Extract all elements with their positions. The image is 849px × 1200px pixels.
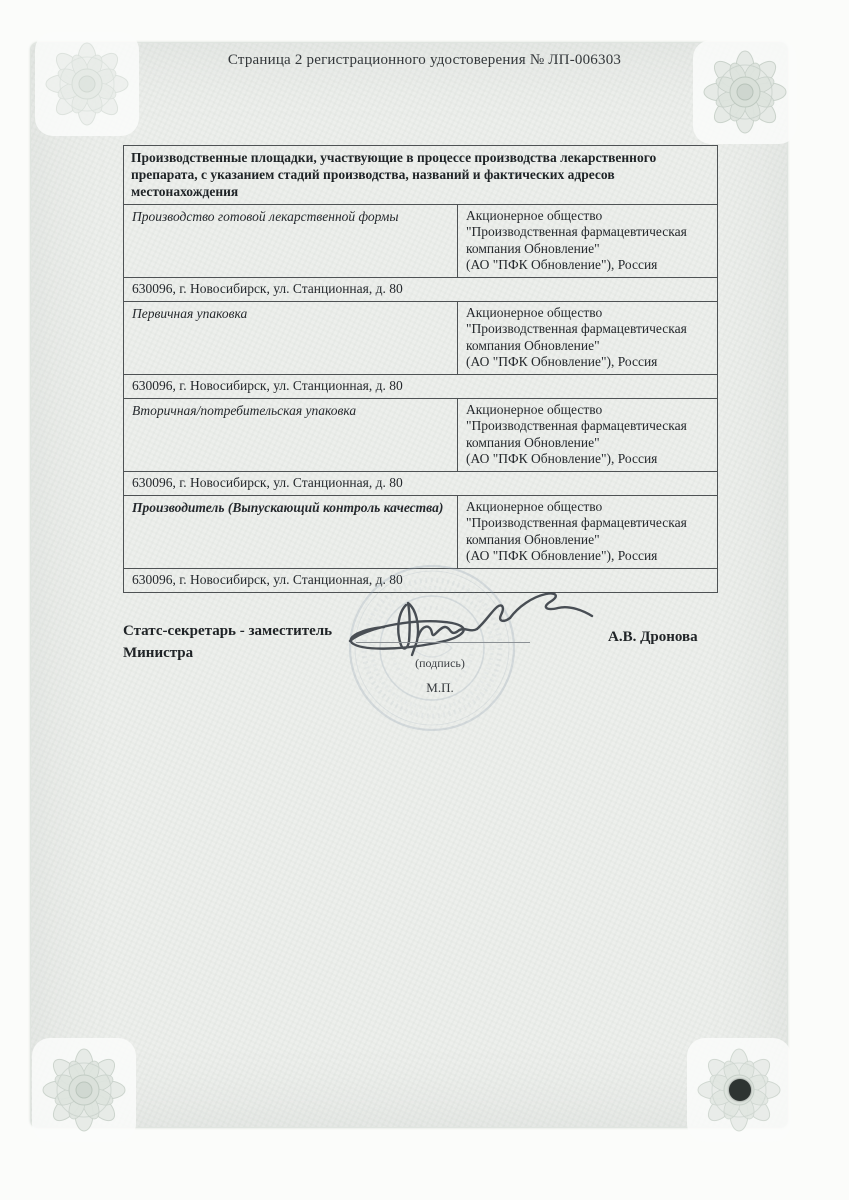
production-stage-label: Производитель (Выпускающий контроль каче… <box>132 500 443 515</box>
address-cell: 630096, г. Новосибирск, ул. Станционная,… <box>124 472 717 496</box>
manufacturer-cell: Акционерное общество "Производственная ф… <box>458 205 717 277</box>
production-stage-cell: Первичная упаковка <box>124 302 458 374</box>
signature-line <box>356 642 530 643</box>
manufacturer-cell: Акционерное общество "Производственная ф… <box>458 496 717 568</box>
table-row: Производство готовой лекарственной формы… <box>124 205 717 278</box>
stamp-place-caption: М.П. <box>372 680 508 696</box>
production-stage-cell: Производство готовой лекарственной формы <box>124 205 458 277</box>
table-title: Производственные площадки, участвующие в… <box>124 146 717 205</box>
manufacturer-cell: Акционерное общество "Производственная ф… <box>458 399 717 471</box>
production-stage-label: Вторичная/потребительская упаковка <box>132 403 356 418</box>
table-rows: Производство готовой лекарственной формы… <box>124 205 717 592</box>
production-sites-table: Производственные площадки, участвующие в… <box>123 145 718 593</box>
production-stage-cell: Производитель (Выпускающий контроль каче… <box>124 496 458 568</box>
guilloche-rosette-icon <box>38 1044 130 1136</box>
signature-caption: (подпись) <box>372 656 508 671</box>
table-row: Вторичная/потребительская упаковка Акцио… <box>124 399 717 472</box>
official-name: А.В. Дронова <box>608 629 698 646</box>
hole-punch-dot <box>729 1079 751 1101</box>
production-stage-cell: Вторичная/потребительская упаковка <box>124 399 458 471</box>
signature-scribble <box>340 585 600 665</box>
production-stage-label: Первичная упаковка <box>132 306 247 321</box>
manufacturer-cell: Акционерное общество "Производственная ф… <box>458 302 717 374</box>
certificate-page: { "page": { "header_line": "Страница 2 р… <box>0 0 849 1200</box>
address-cell: 630096, г. Новосибирск, ул. Станционная,… <box>124 278 717 302</box>
table-row: Первичная упаковка Акционерное общество … <box>124 302 717 375</box>
official-role-label: Статс-секретарь - заместитель Министра <box>123 621 373 665</box>
page-header-line: Страница 2 регистрационного удостоверени… <box>0 52 849 69</box>
production-stage-label: Производство готовой лекарственной формы <box>132 209 399 224</box>
address-cell: 630096, г. Новосибирск, ул. Станционная,… <box>124 375 717 399</box>
